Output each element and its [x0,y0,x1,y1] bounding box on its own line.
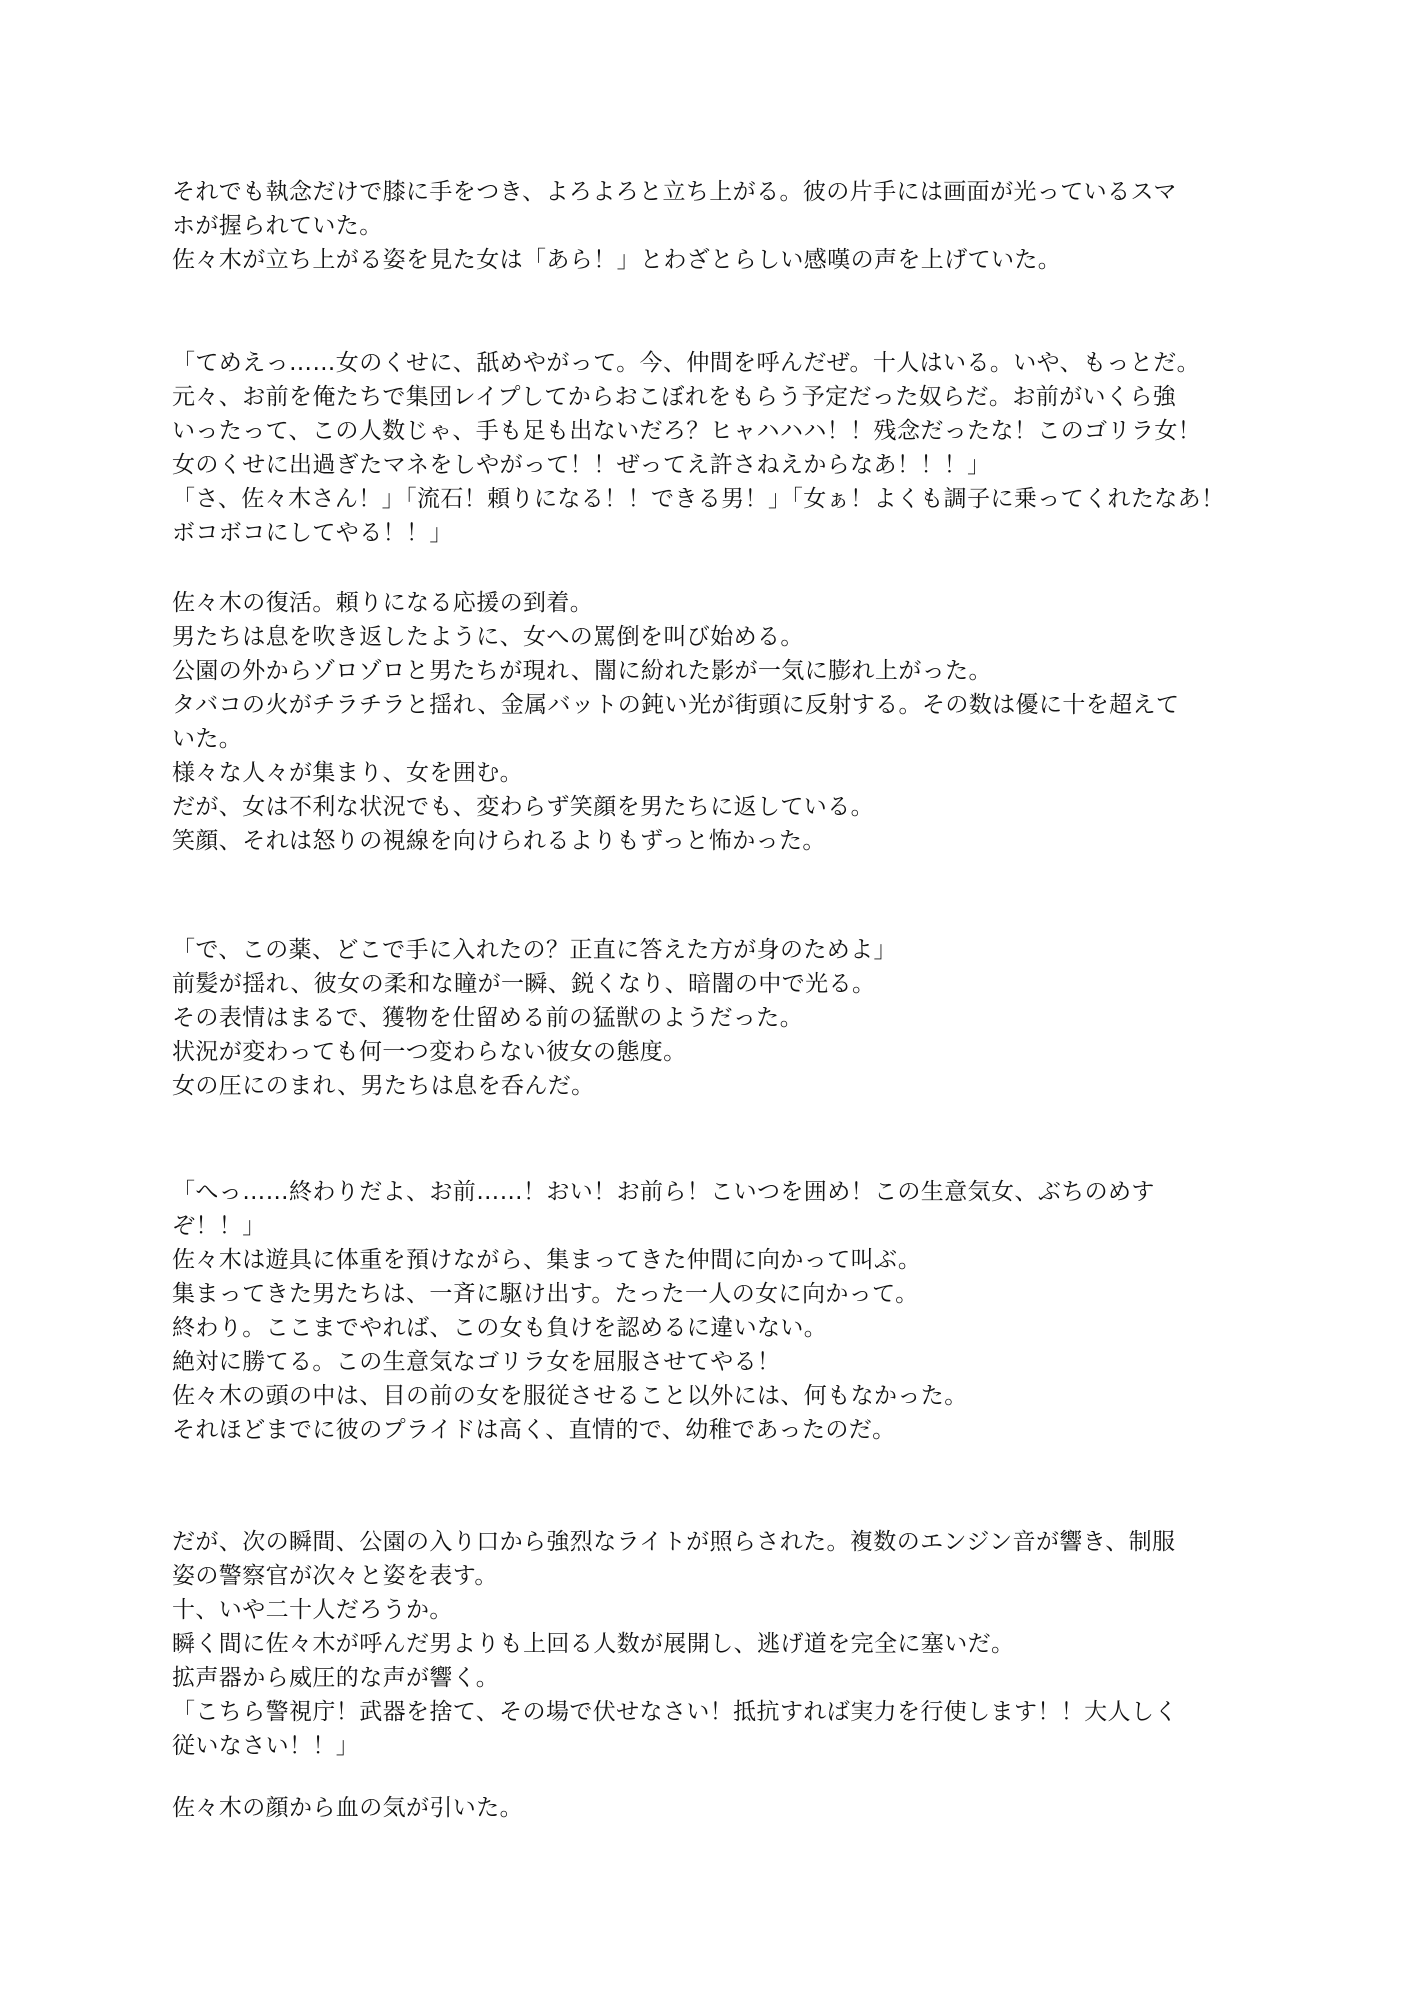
text-line: ホが握られていた。 [172,209,1252,243]
text-line: 佐々木が立ち上がる姿を見た女は「あら！」とわざとらしい感嘆の声を上げていた。 [172,243,1252,277]
text-line: 十、いや二十人だろうか。 [172,1593,1252,1627]
text-line: 「てめえっ……女のくせに、舐めやがって。今、仲間を呼んだぜ。十人はいる。いや、も… [172,346,1252,380]
text-line: 「こちら警視庁！武器を捨て、その場で伏せなさい！抵抗すれば実力を行使します！！大… [172,1695,1252,1729]
text-line: 従いなさい！！」 [172,1729,1252,1763]
text-line: 姿の警察官が次々と姿を表す。 [172,1559,1252,1593]
paragraph-4: 「で、この薬、どこで手に入れたの？正直に答えた方が身のためよ」 前髪が揺れ、彼女… [172,933,1252,1103]
text-line: 「へっ……終わりだよ、お前……！おい！お前ら！こいつを囲め！この生意気女、ぶちの… [172,1175,1252,1209]
text-line: 前髪が揺れ、彼女の柔和な瞳が一瞬、鋭くなり、暗闇の中で光る。 [172,967,1252,1001]
text-line: 佐々木の頭の中は、目の前の女を服従させること以外には、何もなかった。 [172,1379,1252,1413]
text-line: それでも執念だけで膝に手をつき、よろよろと立ち上がる。彼の片手には画面が光ってい… [172,175,1252,209]
text-line: 公園の外からゾロゾロと男たちが現れ、闇に紛れた影が一気に膨れ上がった。 [172,654,1252,688]
text-line: 絶対に勝てる。この生意気なゴリラ女を屈服させてやる！ [172,1345,1252,1379]
text-line: 笑顔、それは怒りの視線を向けられるよりもずっと怖かった。 [172,824,1252,858]
paragraph-3: 佐々木の復活。頼りになる応援の到着。 男たちは息を吹き返したように、女への罵倒を… [172,586,1252,858]
paragraph-6: だが、次の瞬間、公園の入り口から強烈なライトが照らされた。複数のエンジン音が響き… [172,1525,1252,1763]
text-line: 元々、お前を俺たちで集団レイプしてからおこぼれをもらう予定だった奴らだ。お前がい… [172,380,1252,414]
text-line: いったって、この人数じゃ、手も足も出ないだろ？ヒャハハハ！！残念だったな！このゴ… [172,414,1252,448]
text-line: 佐々木の顔から血の気が引いた。 [172,1791,1252,1825]
text-line: それほどまでに彼のプライドは高く、直情的で、幼稚であったのだ。 [172,1413,1252,1447]
text-line: 佐々木は遊具に体重を預けながら、集まってきた仲間に向かって叫ぶ。 [172,1243,1252,1277]
paragraph-1: それでも執念だけで膝に手をつき、よろよろと立ち上がる。彼の片手には画面が光ってい… [172,175,1252,277]
text-line: 瞬く間に佐々木が呼んだ男よりも上回る人数が展開し、逃げ道を完全に塞いだ。 [172,1627,1252,1661]
text-line: 佐々木の復活。頼りになる応援の到着。 [172,586,1252,620]
text-line: 「さ、佐々木さん！」「流石！頼りになる！！できる男！」「女ぁ！よくも調子に乗って… [172,482,1252,516]
text-line: その表情はまるで、獲物を仕留める前の猛獣のようだった。 [172,1001,1252,1035]
text-line: ボコボコにしてやる！！」 [172,516,1252,550]
text-line: 様々な人々が集まり、女を囲む。 [172,756,1252,790]
text-line: いた。 [172,722,1252,756]
text-line: 「で、この薬、どこで手に入れたの？正直に答えた方が身のためよ」 [172,933,1252,967]
paragraph-5: 「へっ……終わりだよ、お前……！おい！お前ら！こいつを囲め！この生意気女、ぶちの… [172,1175,1252,1447]
text-line: 男たちは息を吹き返したように、女への罵倒を叫び始める。 [172,620,1252,654]
paragraph-7: 佐々木の顔から血の気が引いた。 [172,1791,1252,1825]
text-line: 女のくせに出過ぎたマネをしやがって！！ぜってえ許さねえからなあ！！！」 [172,448,1252,482]
text-line: だが、次の瞬間、公園の入り口から強烈なライトが照らされた。複数のエンジン音が響き… [172,1525,1252,1559]
paragraph-2: 「てめえっ……女のくせに、舐めやがって。今、仲間を呼んだぜ。十人はいる。いや、も… [172,346,1252,550]
document-page: それでも執念だけで膝に手をつき、よろよろと立ち上がる。彼の片手には画面が光ってい… [0,0,1414,2000]
text-line: 集まってきた男たちは、一斉に駆け出す。たった一人の女に向かって。 [172,1277,1252,1311]
text-line: だが、女は不利な状況でも、変わらず笑顔を男たちに返している。 [172,790,1252,824]
text-line: 状況が変わっても何一つ変わらない彼女の態度。 [172,1035,1252,1069]
text-line: 終わり。ここまでやれば、この女も負けを認めるに違いない。 [172,1311,1252,1345]
text-line: 拡声器から威圧的な声が響く。 [172,1661,1252,1695]
text-line: ぞ！！」 [172,1209,1252,1243]
text-line: 女の圧にのまれ、男たちは息を呑んだ。 [172,1069,1252,1103]
text-line: タバコの火がチラチラと揺れ、金属バットの鈍い光が街頭に反射する。その数は優に十を… [172,688,1252,722]
